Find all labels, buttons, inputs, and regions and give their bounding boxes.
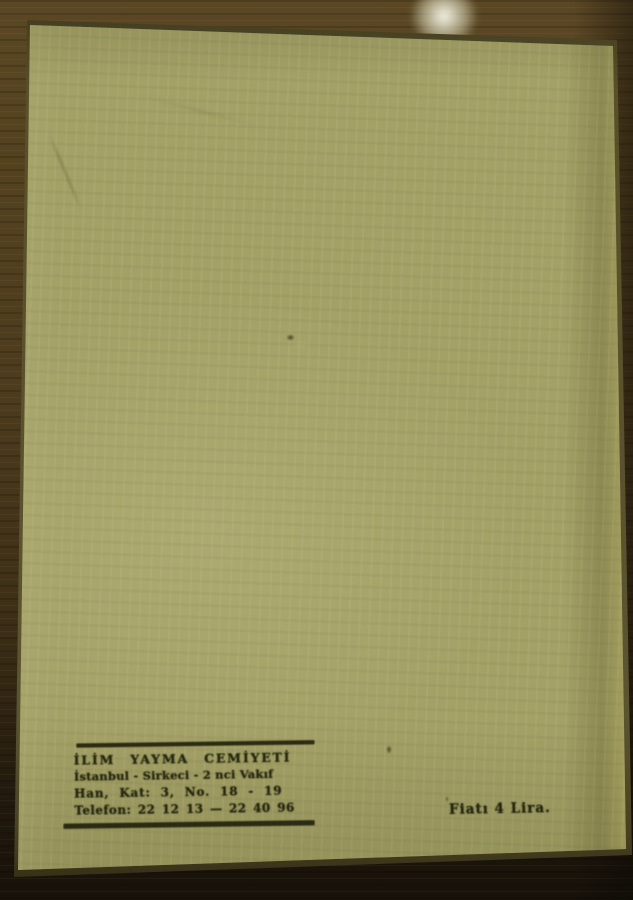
stamp-line-telephone: Telefon: 22 12 13 — 22 40 96 [74, 799, 316, 818]
photo-of-book-back-cover: İLİM YAYMA CEMİYETİ İstanbul - Sirkeci -… [0, 0, 633, 900]
stamp-line-organization: İLİM YAYMA CEMİYETİ [74, 749, 316, 768]
stamp-line-address2: Han, Kat: 3, No. 18 - 19 [74, 782, 316, 801]
paper-speck-lower [386, 745, 392, 754]
paper-smudge [288, 338, 314, 352]
price-label: Fiatı 4 Lira. [449, 800, 551, 818]
publisher-stamp: İLİM YAYMA CEMİYETİ İstanbul - Sirkeci -… [62, 740, 316, 829]
